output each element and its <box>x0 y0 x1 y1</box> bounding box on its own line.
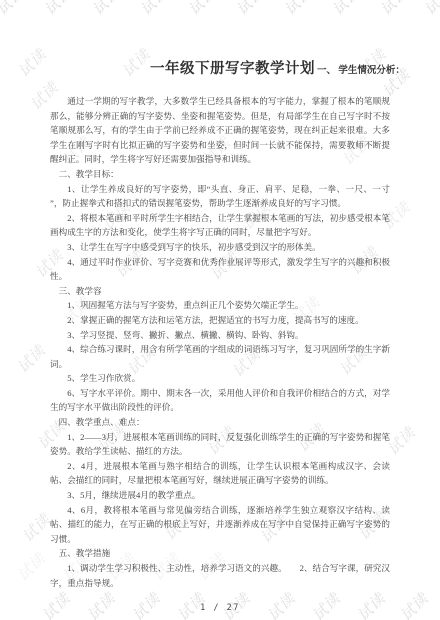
paragraph: 4、综合练习课时，用含有所学笔画的字组成的词语练习写字，复习巩固所学的生字新词。 <box>50 342 390 371</box>
paragraph: 通过一学期的写字教学，大多数学生已经具备根本的写字能力，掌握了根本的笔顺规那么，… <box>50 94 390 167</box>
paragraph: 3、5月，继续进展4月的教学重点。 <box>50 488 390 503</box>
section-heading: 二、教学目标： <box>50 167 390 182</box>
paragraph: 3、让学生在写字中感受到写字的快乐，初步感受到汉字的形体美。 <box>50 240 390 255</box>
paragraph: 2、掌握正确的握笔方法和运笔方法，把握适宜的书写力度，提高书写的速度。 <box>50 313 390 328</box>
paragraph: 1、让学生养成良好的写字姿势，即“头直、身正、肩平、足稳，一拳、一尺、一寸 ”，… <box>50 182 390 211</box>
paragraph: 2、将根本笔画和平时所学生字相结合，让学生掌握根本笔画的写法，初步感受根本笔画构… <box>50 211 390 240</box>
document-body: 通过一学期的写字教学，大多数学生已经具备根本的写字能力，掌握了根本的笔顺规那么，… <box>50 94 390 590</box>
paragraph: 1、巩固握笔方法与写字姿势，重点纠正几个姿势欠端正学生。 <box>50 298 390 313</box>
paragraph: 4、6月，教将根本笔画与常见偏旁结合训练，逐渐培养学生独立观察汉字结构、读帖、描… <box>50 503 390 547</box>
title-section-heading: 一、 学生情况分析： <box>317 66 405 76</box>
page-number: 1 / 27 <box>50 603 390 613</box>
paragraph: 6、写字水平评价。期中、期末各一次，采用他人评价和自我评价相结合的方式，对学生的… <box>50 386 390 415</box>
document-page: 试读试读试读试读试读试读试读试读试读试读试读试读试读试读试读试读试读试读试读试读… <box>0 0 440 620</box>
paragraph: 5、学生习作欣赏。 <box>50 371 390 386</box>
section-heading: 四、教学重点、难点： <box>50 415 390 430</box>
paragraph: 4、通过平时作业评价、写字竞赛和优秀作业展评等形式，激发学生写字的兴趣和积极性。 <box>50 255 390 284</box>
paragraph: 3、学习竖提、竖弯、撇折、撇点、横撇、横钩、卧钩、斜钩。 <box>50 328 390 343</box>
title-main-text: 一年级下册写字教学计划 <box>150 61 315 77</box>
paragraph: 1、调动学生学习积极性、主动性，培养学习语文的兴趣。 2、结合写字课，研究汉字，… <box>50 561 390 590</box>
section-heading: 三、教学容 <box>50 284 390 299</box>
section-heading: 五、教学措施 <box>50 546 390 561</box>
document-content: 一年级下册写字教学计划一、 学生情况分析： 通过一学期的写字教学，大多数学生已经… <box>0 0 440 613</box>
paragraph: 2、4月，进展根本笔画与熟字相结合的训练，让学生认识根本笔画构成汉字、会读帖、会… <box>50 459 390 488</box>
paragraph: 1、2——3月，进展根本笔画训练的同时，反复强化训练学生的正确的写字姿势和握笔姿… <box>50 430 390 459</box>
document-title: 一年级下册写字教学计划一、 学生情况分析： <box>50 52 390 81</box>
